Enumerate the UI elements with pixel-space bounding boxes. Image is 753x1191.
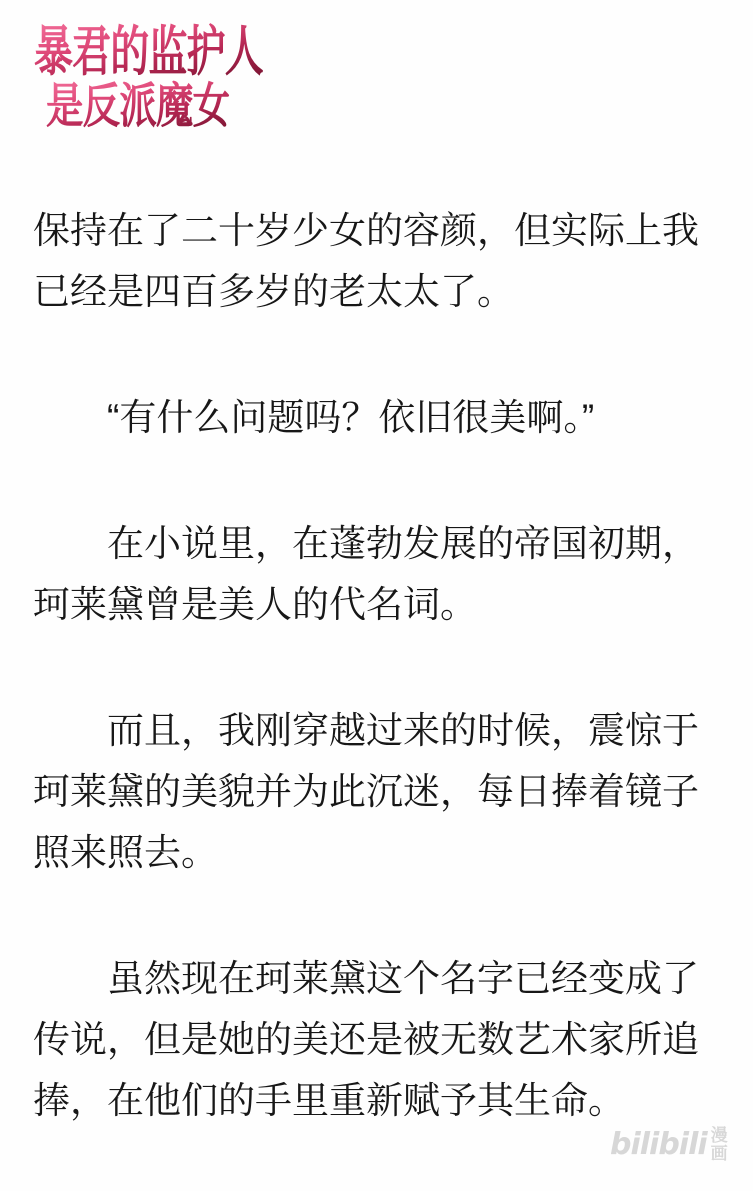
bilibili-logo-text: bilibili xyxy=(610,1124,707,1166)
paragraph-1: 保持在了二十岁少女的容颜，但实际上我已经是四百多岁的老太太了。 xyxy=(33,200,733,322)
bilibili-manga-watermark: bilibili 漫 画 xyxy=(610,1124,728,1166)
novel-text-body: 保持在了二十岁少女的容颜，但实际上我已经是四百多岁的老太太了。 “有什么问题吗？… xyxy=(33,200,733,1191)
series-title-line2: 是反派魔女 xyxy=(46,80,229,132)
paragraph-4: 而且，我刚穿越过来的时候，震惊于珂莱黛的美貌并为此沉迷，每日捧着镜子照来照去。 xyxy=(33,700,733,883)
series-title-line1: 暴君的监护人 xyxy=(34,22,263,80)
watermark-char-man: 漫 xyxy=(711,1127,728,1145)
watermark-char-hua: 画 xyxy=(711,1145,728,1163)
paragraph-5: 虽然现在珂莱黛这个名字已经变成了传说，但是她的美还是被无数艺术家所追捧，在他们的… xyxy=(33,948,733,1131)
manga-label-stack: 漫 画 xyxy=(711,1127,728,1163)
novel-reader-page: 暴君的监护人 是反派魔女 保持在了二十岁少女的容颜，但实际上我已经是四百多岁的老… xyxy=(0,0,753,1191)
paragraph-3: 在小说里，在蓬勃发展的帝国初期，珂莱黛曾是美人的代名词。 xyxy=(33,513,733,635)
paragraph-2-dialogue: “有什么问题吗？依旧很美啊。” xyxy=(33,387,733,448)
